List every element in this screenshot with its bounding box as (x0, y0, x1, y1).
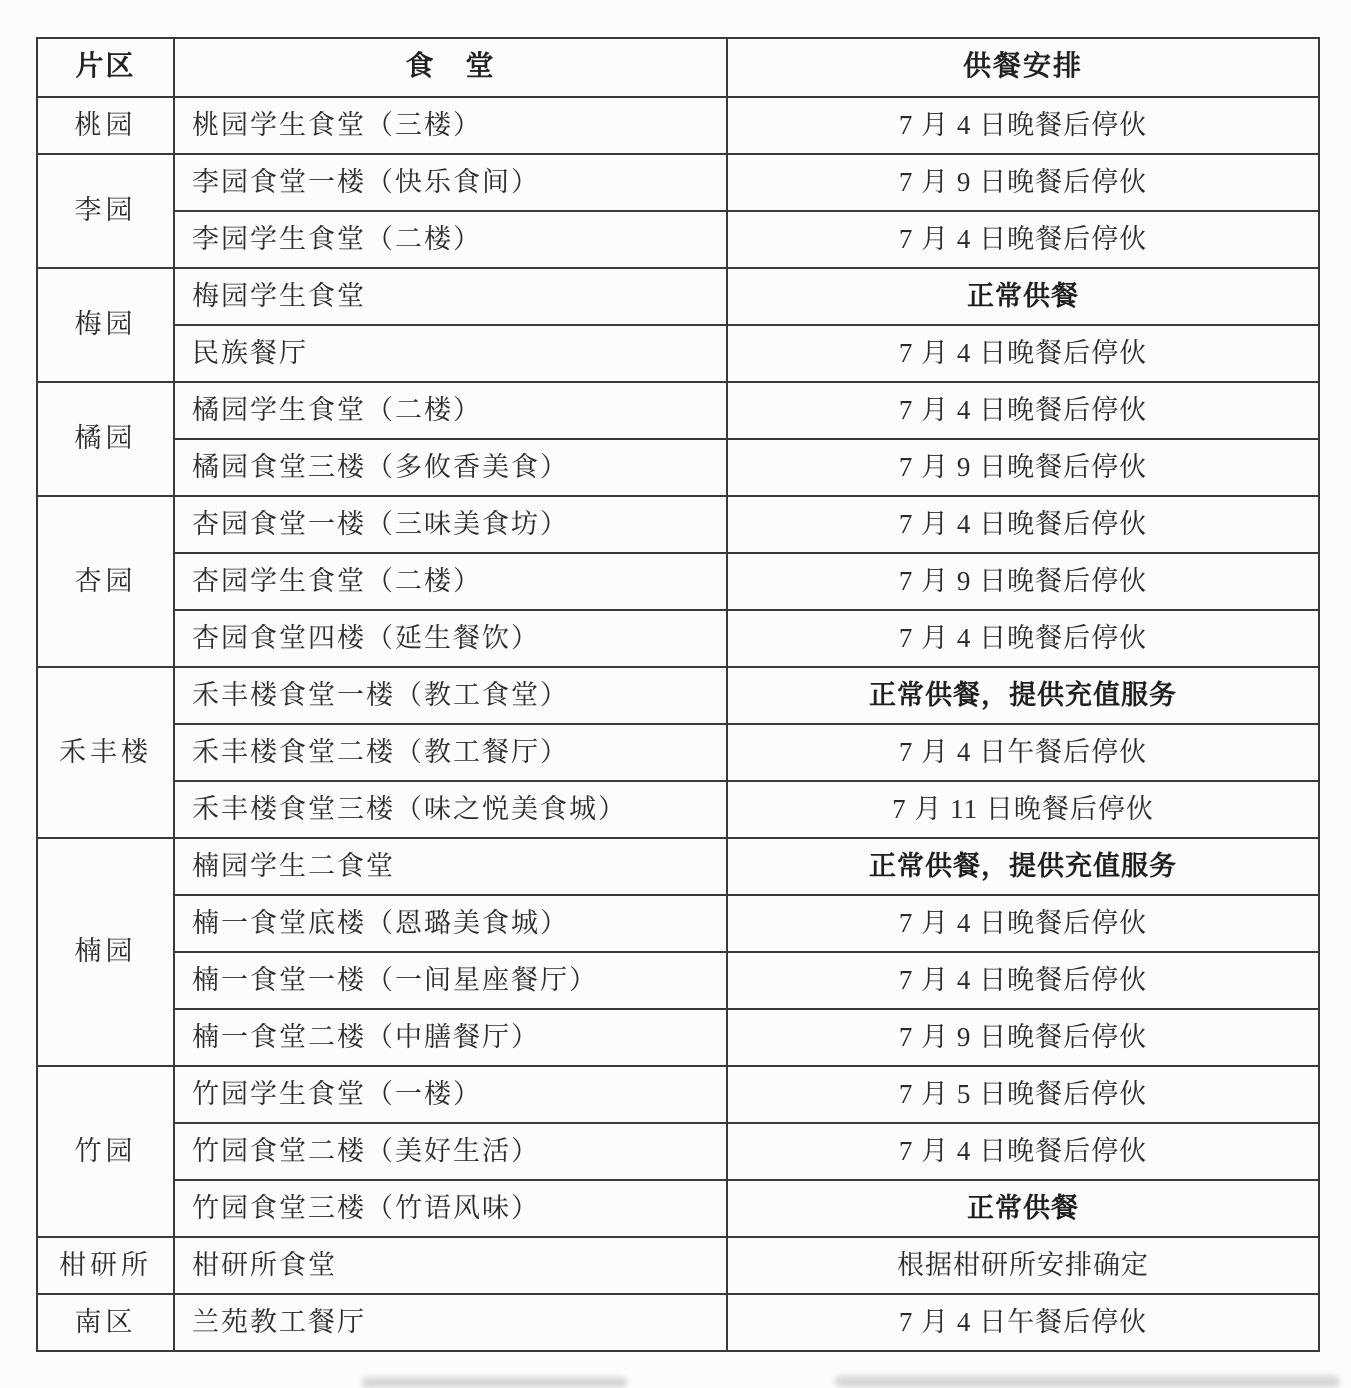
hall-cell: 桃园学生食堂（三楼） (174, 97, 727, 154)
hall-cell: 竹园学生食堂（一楼） (174, 1066, 727, 1123)
header-plan: 供餐安排 (727, 38, 1319, 97)
table-row: 竹园食堂二楼（美好生活）7 月 4 日晚餐后停伙 (37, 1123, 1319, 1180)
plan-cell: 7 月 4 日晚餐后停伙 (727, 97, 1319, 154)
document-canvas: 片区 食 堂 供餐安排 桃园桃园学生食堂（三楼）7 月 4 日晚餐后停伙李园李园… (0, 0, 1351, 1388)
header-row: 片区 食 堂 供餐安排 (37, 38, 1319, 97)
table-header: 片区 食 堂 供餐安排 (37, 38, 1319, 97)
table-row: 禾丰楼食堂三楼（味之悦美食城）7 月 11 日晚餐后停伙 (37, 781, 1319, 838)
hall-cell: 楠一食堂一楼（一间星座餐厅） (174, 952, 727, 1009)
region-cell: 南区 (37, 1294, 174, 1351)
table-row: 梅园梅园学生食堂正常供餐 (37, 268, 1319, 325)
table-row: 杏园杏园食堂一楼（三味美食坊）7 月 4 日晚餐后停伙 (37, 496, 1319, 553)
table-row: 楠园楠园学生二食堂正常供餐，提供充值服务 (37, 838, 1319, 895)
plan-cell: 正常供餐 (727, 1180, 1319, 1237)
hall-cell: 楠一食堂底楼（恩璐美食城） (174, 895, 727, 952)
region-cell: 竹园 (37, 1066, 174, 1237)
scan-artifact-right (835, 1376, 1340, 1387)
table-row: 桃园桃园学生食堂（三楼）7 月 4 日晚餐后停伙 (37, 97, 1319, 154)
table-row: 禾丰楼禾丰楼食堂一楼（教工食堂）正常供餐，提供充值服务 (37, 667, 1319, 724)
plan-cell: 7 月 9 日晚餐后停伙 (727, 553, 1319, 610)
hall-cell: 李园食堂一楼（快乐食间） (174, 154, 727, 211)
plan-cell: 根据柑研所安排确定 (727, 1237, 1319, 1294)
hall-cell: 杏园食堂四楼（延生餐饮） (174, 610, 727, 667)
table-row: 竹园食堂三楼（竹语风味）正常供餐 (37, 1180, 1319, 1237)
hall-cell: 竹园食堂二楼（美好生活） (174, 1123, 727, 1180)
plan-cell: 7 月 4 日晚餐后停伙 (727, 610, 1319, 667)
region-cell: 楠园 (37, 838, 174, 1066)
table-row: 竹园竹园学生食堂（一楼）7 月 5 日晚餐后停伙 (37, 1066, 1319, 1123)
region-cell: 柑研所 (37, 1237, 174, 1294)
hall-cell: 禾丰楼食堂二楼（教工餐厅） (174, 724, 727, 781)
plan-cell: 7 月 4 日晚餐后停伙 (727, 325, 1319, 382)
table-row: 杏园食堂四楼（延生餐饮）7 月 4 日晚餐后停伙 (37, 610, 1319, 667)
plan-cell: 7 月 11 日晚餐后停伙 (727, 781, 1319, 838)
hall-cell: 兰苑教工餐厅 (174, 1294, 727, 1351)
hall-cell: 杏园食堂一楼（三味美食坊） (174, 496, 727, 553)
hall-cell: 杏园学生食堂（二楼） (174, 553, 727, 610)
plan-cell: 7 月 5 日晚餐后停伙 (727, 1066, 1319, 1123)
region-cell: 橘园 (37, 382, 174, 496)
region-cell: 梅园 (37, 268, 174, 382)
hall-cell: 竹园食堂三楼（竹语风味） (174, 1180, 727, 1237)
hall-cell: 橘园食堂三楼（多攸香美食） (174, 439, 727, 496)
hall-cell: 禾丰楼食堂三楼（味之悦美食城） (174, 781, 727, 838)
plan-cell: 7 月 4 日午餐后停伙 (727, 724, 1319, 781)
region-cell: 桃园 (37, 97, 174, 154)
table-row: 南区兰苑教工餐厅7 月 4 日午餐后停伙 (37, 1294, 1319, 1351)
scan-artifact-left (362, 1377, 627, 1388)
plan-cell: 7 月 9 日晚餐后停伙 (727, 1009, 1319, 1066)
hall-cell: 禾丰楼食堂一楼（教工食堂） (174, 667, 727, 724)
table-row: 楠一食堂二楼（中膳餐厅）7 月 9 日晚餐后停伙 (37, 1009, 1319, 1066)
plan-cell: 7 月 4 日晚餐后停伙 (727, 1123, 1319, 1180)
plan-cell: 7 月 4 日晚餐后停伙 (727, 382, 1319, 439)
table-row: 李园学生食堂（二楼）7 月 4 日晚餐后停伙 (37, 211, 1319, 268)
plan-cell: 7 月 4 日晚餐后停伙 (727, 211, 1319, 268)
plan-cell: 7 月 4 日晚餐后停伙 (727, 952, 1319, 1009)
plan-cell: 7 月 4 日午餐后停伙 (727, 1294, 1319, 1351)
region-cell: 禾丰楼 (37, 667, 174, 838)
header-hall: 食 堂 (174, 38, 727, 97)
region-cell: 李园 (37, 154, 174, 268)
hall-cell: 柑研所食堂 (174, 1237, 727, 1294)
table-row: 橘园橘园学生食堂（二楼）7 月 4 日晚餐后停伙 (37, 382, 1319, 439)
table-row: 楠一食堂底楼（恩璐美食城）7 月 4 日晚餐后停伙 (37, 895, 1319, 952)
hall-cell: 楠一食堂二楼（中膳餐厅） (174, 1009, 727, 1066)
meal-schedule-table: 片区 食 堂 供餐安排 桃园桃园学生食堂（三楼）7 月 4 日晚餐后停伙李园李园… (36, 37, 1320, 1352)
hall-cell: 橘园学生食堂（二楼） (174, 382, 727, 439)
hall-cell: 李园学生食堂（二楼） (174, 211, 727, 268)
plan-cell: 7 月 9 日晚餐后停伙 (727, 154, 1319, 211)
table-row: 楠一食堂一楼（一间星座餐厅）7 月 4 日晚餐后停伙 (37, 952, 1319, 1009)
plan-cell: 7 月 4 日晚餐后停伙 (727, 496, 1319, 553)
table-row: 禾丰楼食堂二楼（教工餐厅）7 月 4 日午餐后停伙 (37, 724, 1319, 781)
hall-cell: 楠园学生二食堂 (174, 838, 727, 895)
hall-cell: 民族餐厅 (174, 325, 727, 382)
plan-cell: 正常供餐，提供充值服务 (727, 667, 1319, 724)
table-row: 橘园食堂三楼（多攸香美食）7 月 9 日晚餐后停伙 (37, 439, 1319, 496)
plan-cell: 7 月 9 日晚餐后停伙 (727, 439, 1319, 496)
plan-cell: 7 月 4 日晚餐后停伙 (727, 895, 1319, 952)
region-cell: 杏园 (37, 496, 174, 667)
table-row: 民族餐厅7 月 4 日晚餐后停伙 (37, 325, 1319, 382)
plan-cell: 正常供餐，提供充值服务 (727, 838, 1319, 895)
plan-cell: 正常供餐 (727, 268, 1319, 325)
table-row: 柑研所柑研所食堂根据柑研所安排确定 (37, 1237, 1319, 1294)
header-region: 片区 (37, 38, 174, 97)
table-row: 杏园学生食堂（二楼）7 月 9 日晚餐后停伙 (37, 553, 1319, 610)
hall-cell: 梅园学生食堂 (174, 268, 727, 325)
table-row: 李园李园食堂一楼（快乐食间）7 月 9 日晚餐后停伙 (37, 154, 1319, 211)
table-body: 桃园桃园学生食堂（三楼）7 月 4 日晚餐后停伙李园李园食堂一楼（快乐食间）7 … (37, 97, 1319, 1351)
